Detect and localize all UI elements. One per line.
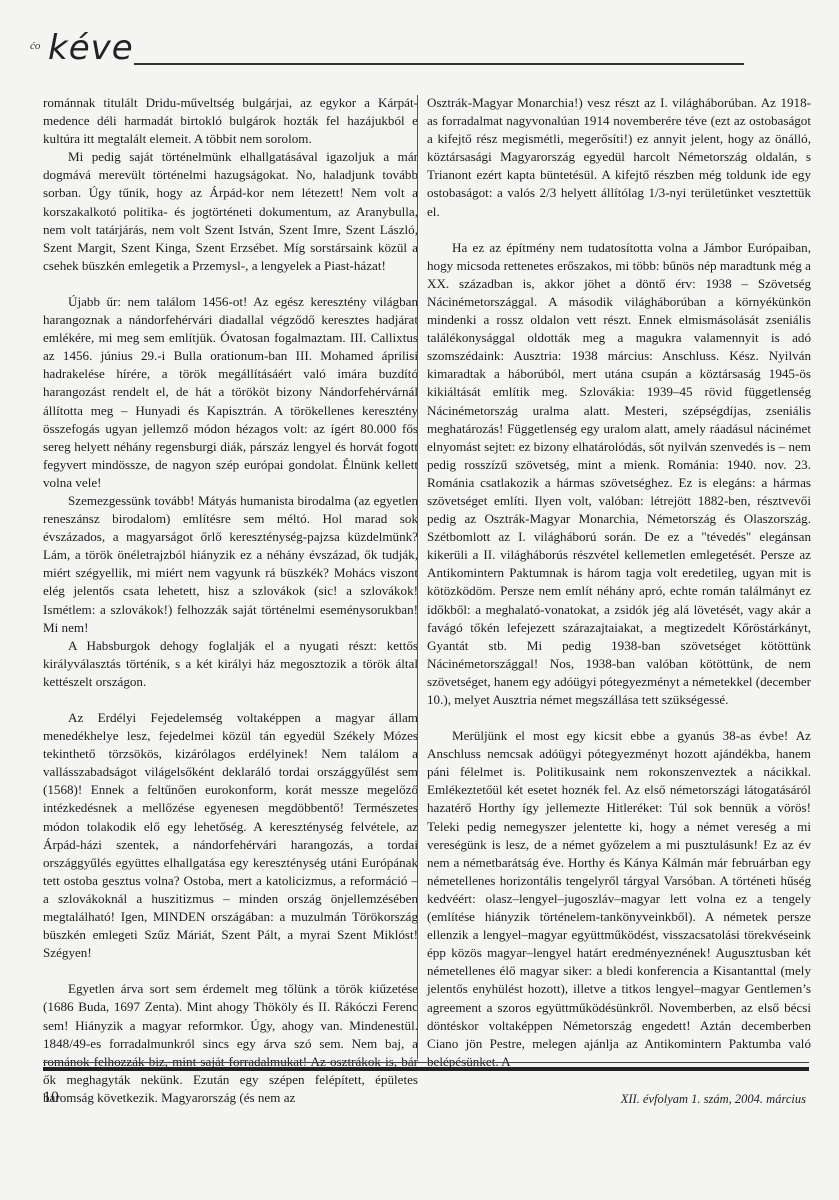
magazine-logo: kéve	[48, 28, 134, 68]
page-number: 10	[43, 1089, 59, 1107]
left-column: románnak titulált Dridu-műveltség bulgár…	[43, 94, 418, 1107]
footer-rule-thick	[43, 1067, 809, 1071]
footer-rule-thin	[43, 1062, 809, 1063]
header-rule	[134, 63, 744, 65]
paragraph: Merüljünk el most egy kicsit ebbe a gyan…	[427, 727, 811, 1071]
paragraph: Egyetlen árva sort sem érdemelt meg tőlü…	[43, 980, 418, 1107]
issue-info: XII. évfolyam 1. szám, 2004. március	[621, 1092, 806, 1107]
paragraph: Mi pedig saját történelmünk elhallgatásá…	[43, 148, 418, 275]
paragraph: Újabb űr: nem találom 1456-ot! Az egész …	[43, 293, 418, 492]
paragraph: Szemezgessünk tovább! Mátyás humanista b…	[43, 492, 418, 637]
right-column: Osztrák-Magyar Monarchia!) vesz részt az…	[424, 94, 811, 1071]
paragraph: Ha ez az építmény nem tudatosította voln…	[427, 239, 811, 709]
paragraph: Osztrák-Magyar Monarchia!) vesz részt az…	[427, 94, 811, 221]
paragraph: románnak titulált Dridu-műveltség bulgár…	[43, 94, 418, 148]
paragraph: A Habsburgok dehogy foglalják el a nyuga…	[43, 637, 418, 691]
masthead: ćo kéve	[30, 34, 810, 74]
paragraph: Az Erdélyi Fejedelemség voltaképpen a ma…	[43, 709, 418, 962]
column-divider	[417, 95, 418, 1059]
logo-mark: ćo	[30, 40, 40, 52]
